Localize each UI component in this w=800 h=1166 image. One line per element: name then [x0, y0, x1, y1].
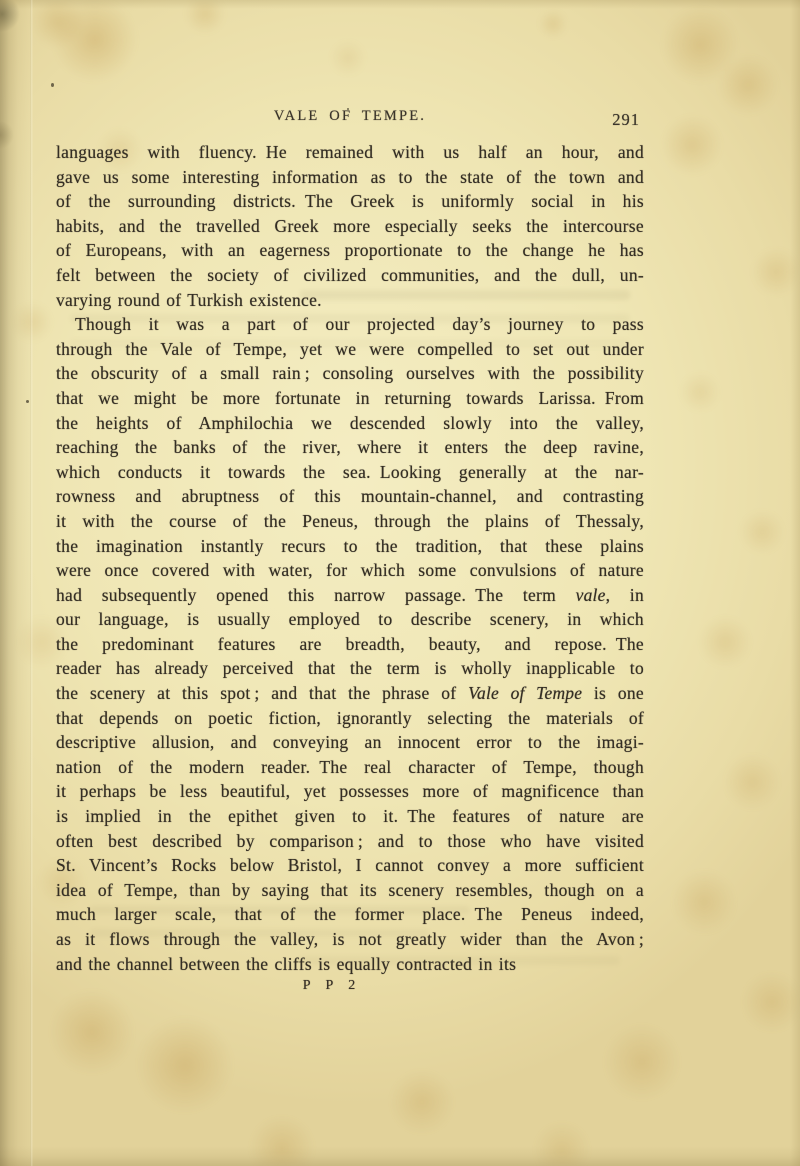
text-segment: habits, and the travelled Greek more esp… [56, 216, 644, 236]
text-segment: is one [582, 683, 644, 703]
text-segment: that we might be more fortunate in retur… [56, 388, 644, 408]
text-segment: and the channel between the cliffs is eq… [56, 954, 516, 974]
text-segment: reader has already perceived that the te… [56, 658, 644, 678]
text-segment: varying round of Turkish existence. [56, 290, 322, 310]
gutter-crease [30, 0, 33, 1166]
text-segment: the heights of Amphilochia we descended … [56, 413, 644, 433]
text-segment: Though it was a part of our projected da… [75, 314, 644, 334]
text-segment: rowness and abruptness of this mountain-… [56, 486, 644, 506]
text-segment: St. Vincent’s Rocks below Bristol, I can… [56, 855, 644, 875]
text-line: St. Vincent’s Rocks below Bristol, I can… [56, 853, 644, 878]
text-segment: the scenery at this spot ; and that the … [56, 683, 468, 703]
text-segment: it perhaps be less beautiful, yet posses… [56, 781, 644, 801]
text-line: nation of the modern reader. The real ch… [56, 755, 644, 780]
text-line: it with the course of the Peneus, throug… [56, 509, 644, 534]
text-segment: were once covered with water, for which … [56, 560, 644, 580]
text-line: gave us some interesting information as … [56, 165, 644, 190]
text-segment: much larger scale, that of the former pl… [56, 904, 644, 924]
text-line: were once covered with water, for which … [56, 558, 644, 583]
ink-speck [26, 400, 29, 403]
text-segment: of the surrounding districts. The Greek … [56, 191, 644, 211]
text-segment: reaching the banks of the river, where i… [56, 437, 644, 457]
page-number: 291 [612, 110, 640, 130]
text-segment: our language, is usually employed to des… [56, 609, 644, 629]
text-line: which conducts it towards the sea. Looki… [56, 460, 644, 485]
ink-speck [51, 83, 54, 87]
text-line: rowness and abruptness of this mountain-… [56, 484, 644, 509]
text-segment: had subsequently opened this narrow pass… [56, 585, 576, 605]
text-line: felt between the society of civilized co… [56, 263, 644, 288]
text-line: that we might be more fortunate in retur… [56, 386, 644, 411]
text-segment: that depends on poetic fiction, ignorant… [56, 708, 644, 728]
text-line: reader has already perceived that the te… [56, 656, 644, 681]
text-line: the scenery at this spot ; and that the … [56, 681, 644, 706]
text-segment: gave us some interesting information as … [56, 167, 644, 187]
text-line: languages with fluency. He remained with… [56, 140, 644, 165]
text-segment: idea of Tempe, than by saying that its s… [56, 880, 644, 900]
text-segment: as it flows through the valley, is not g… [56, 929, 644, 949]
text-segment: the imagination instantly recurs to the … [56, 536, 644, 556]
text-segment: nation of the modern reader. The real ch… [56, 757, 644, 777]
text-line: reaching the banks of the river, where i… [56, 435, 644, 460]
text-segment: felt between the society of civilized co… [56, 265, 644, 285]
scanned-book-page: VALE OF TEMPE. 291 languages with fluenc… [0, 0, 800, 1166]
text-line: and the channel between the cliffs is eq… [56, 952, 644, 977]
italic-phrase: vale [576, 585, 606, 605]
text-segment: of Europeans, with an eagerness proporti… [56, 240, 644, 260]
text-line: the obscurity of a small rain ; consolin… [56, 361, 644, 386]
running-title: VALE OF TEMPE. [274, 108, 426, 124]
text-line: is implied in the epithet given to it. T… [56, 804, 644, 829]
text-line: as it flows through the valley, is not g… [56, 927, 644, 952]
text-line: that depends on poetic fiction, ignorant… [56, 706, 644, 731]
text-line: the imagination instantly recurs to the … [56, 534, 644, 559]
italic-phrase: Vale of Tempe [468, 683, 582, 703]
text-segment: it with the course of the Peneus, throug… [56, 511, 644, 531]
text-line: idea of Tempe, than by saying that its s… [56, 878, 644, 903]
text-segment: languages with fluency. He remained with… [56, 142, 644, 162]
text-line: of Europeans, with an eagerness proporti… [56, 238, 644, 263]
signature-mark: P P 2 [56, 978, 644, 994]
text-line: the heights of Amphilochia we descended … [56, 411, 644, 436]
text-line: it perhaps be less beautiful, yet posses… [56, 779, 644, 804]
running-head: VALE OF TEMPE. 291 [56, 107, 644, 129]
text-line: habits, and the travelled Greek more esp… [56, 214, 644, 239]
text-segment: descriptive allusion, and conveying an i… [56, 732, 644, 752]
text-segment: the obscurity of a small rain ; consolin… [56, 363, 644, 383]
text-line: of the surrounding districts. The Greek … [56, 189, 644, 214]
text-line: descriptive allusion, and conveying an i… [56, 730, 644, 755]
text-segment: through the Vale of Tempe, yet we were c… [56, 339, 644, 359]
text-segment: which conducts it towards the sea. Looki… [56, 462, 644, 482]
text-segment: is implied in the epithet given to it. T… [56, 806, 644, 826]
text-line: Though it was a part of our projected da… [56, 312, 644, 337]
text-segment: , in [606, 585, 644, 605]
text-line: the predominant features are breadth, be… [56, 632, 644, 657]
text-line: much larger scale, that of the former pl… [56, 902, 644, 927]
page-body: languages with fluency. He remained with… [56, 140, 644, 976]
text-line: had subsequently opened this narrow pass… [56, 583, 644, 608]
text-line: our language, is usually employed to des… [56, 607, 644, 632]
text-segment: the predominant features are breadth, be… [56, 634, 644, 654]
text-line: varying round of Turkish existence. [56, 288, 644, 313]
text-line: through the Vale of Tempe, yet we were c… [56, 337, 644, 362]
text-line: often best described by comparison ; and… [56, 829, 644, 854]
text-segment: often best described by comparison ; and… [56, 831, 644, 851]
